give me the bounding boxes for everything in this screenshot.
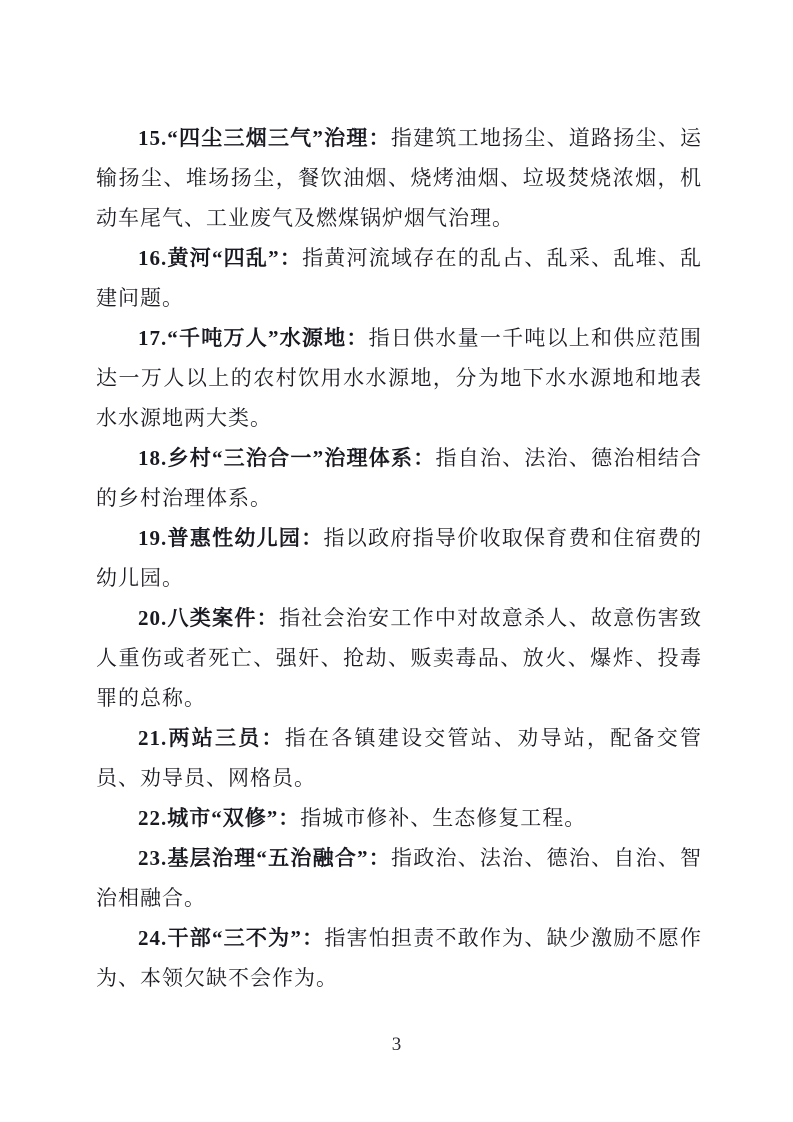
definition-term: 21.两站三员： xyxy=(138,726,285,750)
definition-term: 15.“四尘三烟三气”治理： xyxy=(138,126,391,150)
definition-item-24: 24.干部“三不为”：指害怕担责不敢作为、缺少激励不愿作为、本领欠缺不会作为。 xyxy=(96,918,702,998)
definition-term: 19.普惠性幼儿园： xyxy=(138,526,324,550)
definition-item-20: 20.八类案件：指社会治安工作中对故意杀人、故意伤害致人重伤或者死亡、强奸、抢劫… xyxy=(96,598,702,718)
definition-text: 指城市修补、生态修复工程。 xyxy=(300,806,586,830)
document-page: 15.“四尘三烟三气”治理：指建筑工地扬尘、道路扬尘、运输扬尘、堆场扬尘，餐饮油… xyxy=(0,0,793,1122)
definition-term: 17.“千吨万人”水源地： xyxy=(138,326,369,350)
definition-item-22: 22.城市“双修”：指城市修补、生态修复工程。 xyxy=(96,798,702,838)
definition-term: 20.八类案件： xyxy=(138,606,279,630)
definition-item-16: 16.黄河“四乱”：指黄河流域存在的乱占、乱采、乱堆、乱建问题。 xyxy=(96,238,702,318)
definition-item-15: 15.“四尘三烟三气”治理：指建筑工地扬尘、道路扬尘、运输扬尘、堆场扬尘，餐饮油… xyxy=(96,118,702,238)
definition-term: 24.干部“三不为”： xyxy=(138,926,324,950)
definition-term: 23.基层治理“五治融合”： xyxy=(138,846,391,870)
definition-item-21: 21.两站三员：指在各镇建设交管站、劝导站，配备交管员、劝导员、网格员。 xyxy=(96,718,702,798)
definition-item-19: 19.普惠性幼儿园：指以政府指导价收取保育费和住宿费的幼儿园。 xyxy=(96,518,702,598)
definition-term: 22.城市“双修”： xyxy=(138,806,300,830)
definition-item-18: 18.乡村“三治合一”治理体系：指自治、法治、德治相结合的乡村治理体系。 xyxy=(96,438,702,518)
document-body: 15.“四尘三烟三气”治理：指建筑工地扬尘、道路扬尘、运输扬尘、堆场扬尘，餐饮油… xyxy=(96,118,702,998)
page-number: 3 xyxy=(0,1034,793,1056)
definition-term: 16.黄河“四乱”： xyxy=(138,246,302,270)
definition-item-17: 17.“千吨万人”水源地：指日供水量一千吨以上和供应范围达一万人以上的农村饮用水… xyxy=(96,318,702,438)
definition-term: 18.乡村“三治合一”治理体系： xyxy=(138,446,435,470)
definition-item-23: 23.基层治理“五治融合”：指政治、法治、德治、自治、智治相融合。 xyxy=(96,838,702,918)
